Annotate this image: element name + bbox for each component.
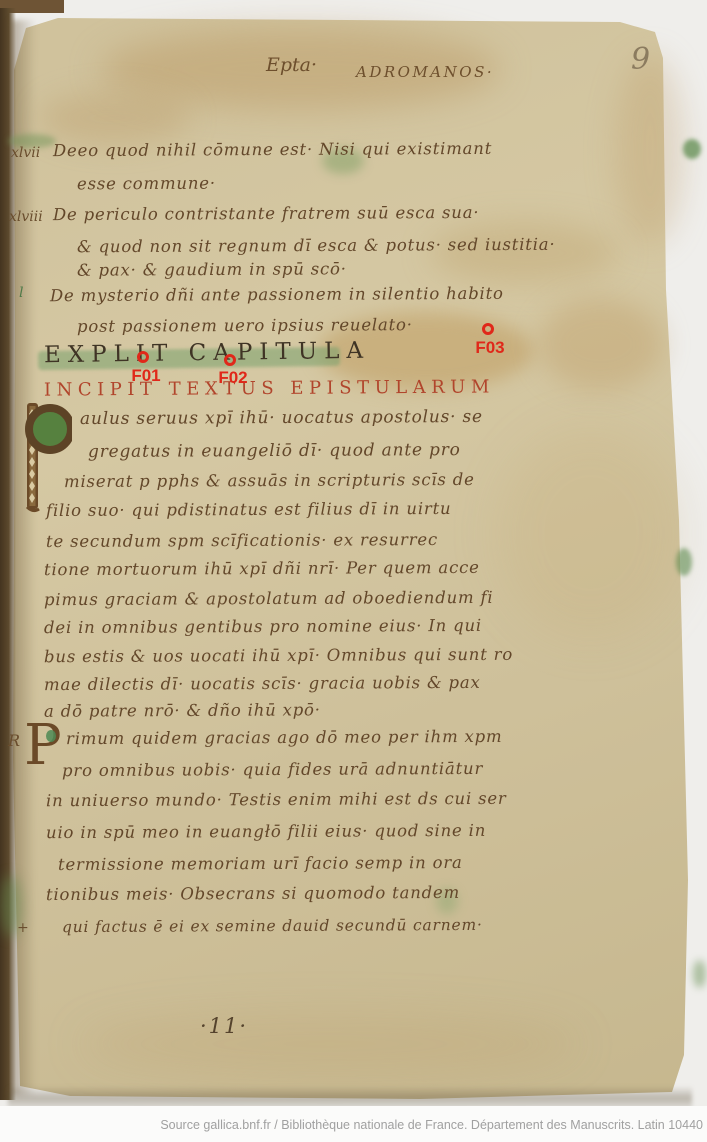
marker-label-F01[interactable]: F01 [125,366,167,386]
manuscript-line: te secundum spm scīficationis· ex resurr… [46,530,438,551]
manuscript-line: in uniuerso mundo· Testis enim mihi est … [46,789,507,810]
manuscript-line: De periculo contristante fratrem suū esc… [53,203,479,224]
manuscript-line: De mysterio dñi ante passionem in silent… [50,284,504,305]
green-blotch [676,548,692,576]
marker-circle-F02[interactable] [224,354,236,366]
stain [40,92,190,144]
manuscript-line: termissione memoriam urī facio semp in o… [58,853,463,874]
green-blotch [693,960,706,988]
initial-green-dot [46,730,56,742]
manuscript-line: pro omnibus uobis· quia fides urā adnunt… [62,759,483,780]
manuscript-line: miserat p pphs & assuās in scripturis sc… [64,470,475,491]
source-attribution-text: Source gallica.bnf.fr / Bibliothèque nat… [160,1118,703,1132]
page-bottom-shadow [8,1086,692,1108]
margin-letter: R [8,731,20,750]
stain [615,55,685,245]
initial-P: P [24,718,62,774]
marker-label-F03[interactable]: F03 [469,338,511,358]
manuscript-line: Deeo quod nihil cōmune est· Nisi qui exi… [53,139,492,160]
folio-number: 9 [631,42,650,77]
marker-circle-F01[interactable] [137,351,149,363]
manuscript-line: rimum quidem gracias ago dō meo per ihm … [66,727,503,748]
manuscript-viewer: Epta· ADROMANOS· 9 xlvii Deeo quod nihil… [0,0,707,1142]
margin-plus: + [17,920,29,936]
stain [498,428,683,638]
manuscript-line: pimus graciam & apostolatum ad oboediend… [44,588,494,609]
stain [80,1012,580,1076]
manuscript-line: tione mortuorum ihū xpī dñi nrī· Per que… [44,558,480,579]
running-title-right: ADROMANOS· [356,63,494,81]
manuscript-line: post passionem uero ipsius reuelato· [77,315,413,336]
source-bar: Source gallica.bnf.fr / Bibliothèque nat… [0,1106,707,1142]
capitulum-number: l [19,285,23,301]
manuscript-line: & quod non sit regnum dī esca & potus· s… [77,235,556,257]
manuscript-line: dei in omnibus gentibus pro nomine eius·… [44,616,482,637]
manuscript-line: bus estis & uos uocati ihū xpī· Omnibus … [44,645,513,666]
manuscript-line: aulus seruus xpī ihū· uocatus apostolus·… [80,407,483,429]
manuscript-line: tionibus meis· Obsecrans si quomodo tand… [46,883,460,904]
manuscript-line: gregatus in euangeliō dī· quod ante pro [88,440,461,462]
quire-number: ·11· [200,1014,248,1038]
marker-label-F02[interactable]: F02 [212,368,254,388]
manuscript-line: qui factus ē ei ex semine dauid secundū … [62,916,483,936]
manuscript-line: & pax· & gaudium in spū scō· [77,259,347,279]
manuscript-line: uio in spū meo in euangłō filii eius· qu… [46,821,486,842]
explicit-rubric: EXPLIT CAPITULA [44,338,370,369]
capitulum-number: xlvii [11,145,40,161]
running-title-left: Epta· [266,54,317,76]
manuscript-line: mae dilectis dī· uocatis scīs· gracia uo… [44,673,481,694]
marker-circle-F03[interactable] [482,323,494,335]
manuscript-line: esse commune· [77,174,216,194]
manuscript-line: a dō patre nrō· & dño ihū xpō· [44,700,321,720]
manuscript-line: filio suo· qui pdistinatus est filius dī… [46,499,452,520]
capitulum-number: xlviii [9,209,43,225]
green-blotch [683,139,701,159]
stain [538,298,663,390]
incipit-rubric: INCIPIT TEXTUS EPISTULARUM [44,376,495,400]
